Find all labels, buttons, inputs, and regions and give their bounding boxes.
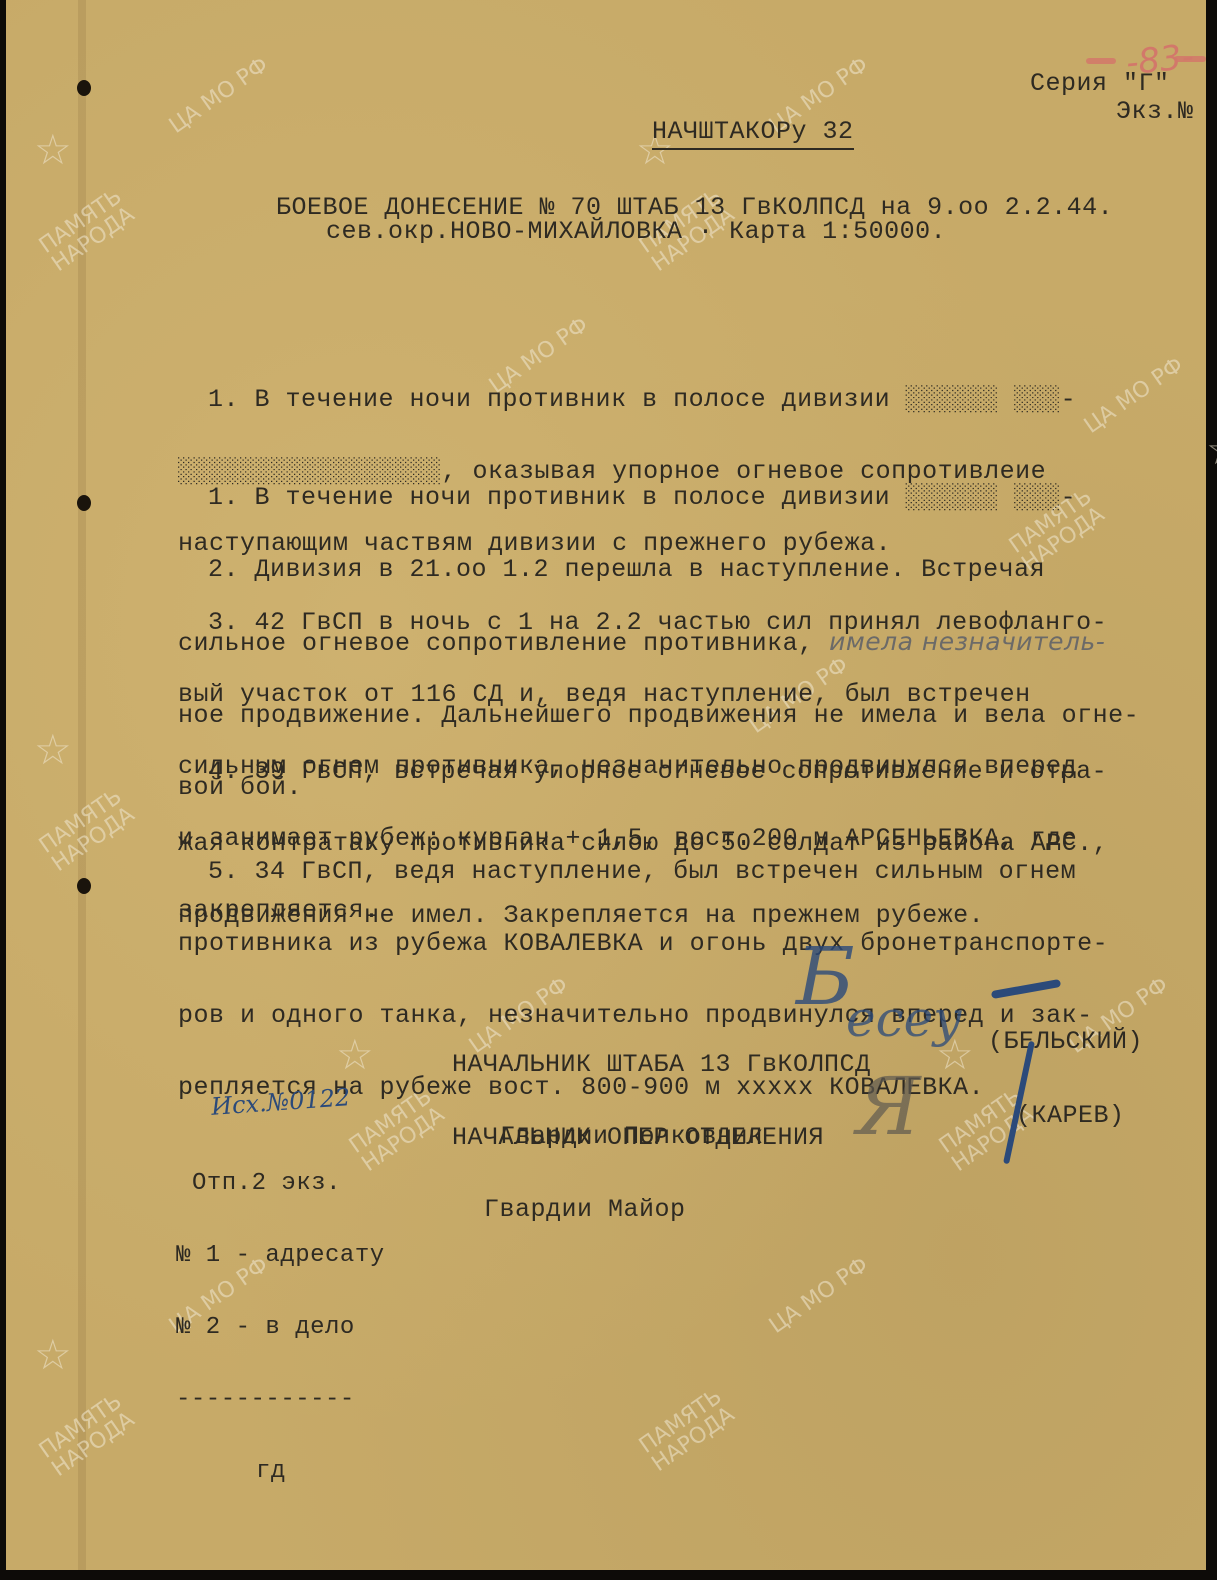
binding-hole	[77, 878, 91, 894]
star-icon: ☆	[34, 125, 72, 174]
series-label: Серия "Г"	[1030, 72, 1170, 96]
watermark-project: ПАМЯТЬНАРОДА	[36, 786, 139, 876]
signatory-name: (БЕЛЬСКИЙ)	[988, 1030, 1143, 1054]
document-page: ЦА МО РФ ЦА МО РФ ЦА МО РФ ЦА МО РФ ЦА М…	[6, 0, 1206, 1570]
signatory-name: (КАРЕВ)	[1016, 1104, 1125, 1128]
binding-hole	[77, 495, 91, 511]
star-icon: ☆	[34, 1330, 72, 1379]
distribution-list: Отп.2 экз. № 1 - адресату № 2 - в дело -…	[176, 1124, 385, 1532]
red-mark-dash	[1086, 58, 1116, 64]
star-icon: ☆	[34, 725, 72, 774]
watermark-project: ПАМЯТЬНАРОДА	[36, 186, 139, 276]
signature-block-operations-chief: НАЧАЛЬНИК ОПЕР ОТДЕЛЕНИЯ Гвардии Майор	[452, 1078, 824, 1270]
report-location: сев.окр.НОВО-МИХАЙЛОВКА · Карта 1:50000.	[326, 220, 946, 244]
watermark-project: ПАМЯТЬНАРОДА	[636, 1386, 739, 1476]
addressee: НАЧШТАКОРу 32	[652, 120, 854, 144]
binding-hole	[77, 80, 91, 96]
watermark-archive: ЦА МО РФ	[1081, 354, 1188, 438]
watermark-project: ПАМЯТЬНАРОДА	[36, 1391, 139, 1481]
signature-scribble: Я	[856, 1060, 921, 1153]
copy-number-label: Экз.№	[1116, 100, 1194, 124]
signature-scribble: ecey	[846, 990, 961, 1048]
star-icon: ☆	[1206, 425, 1217, 474]
red-mark-dash	[1174, 56, 1206, 62]
watermark-archive: ЦА МО РФ	[166, 54, 273, 138]
